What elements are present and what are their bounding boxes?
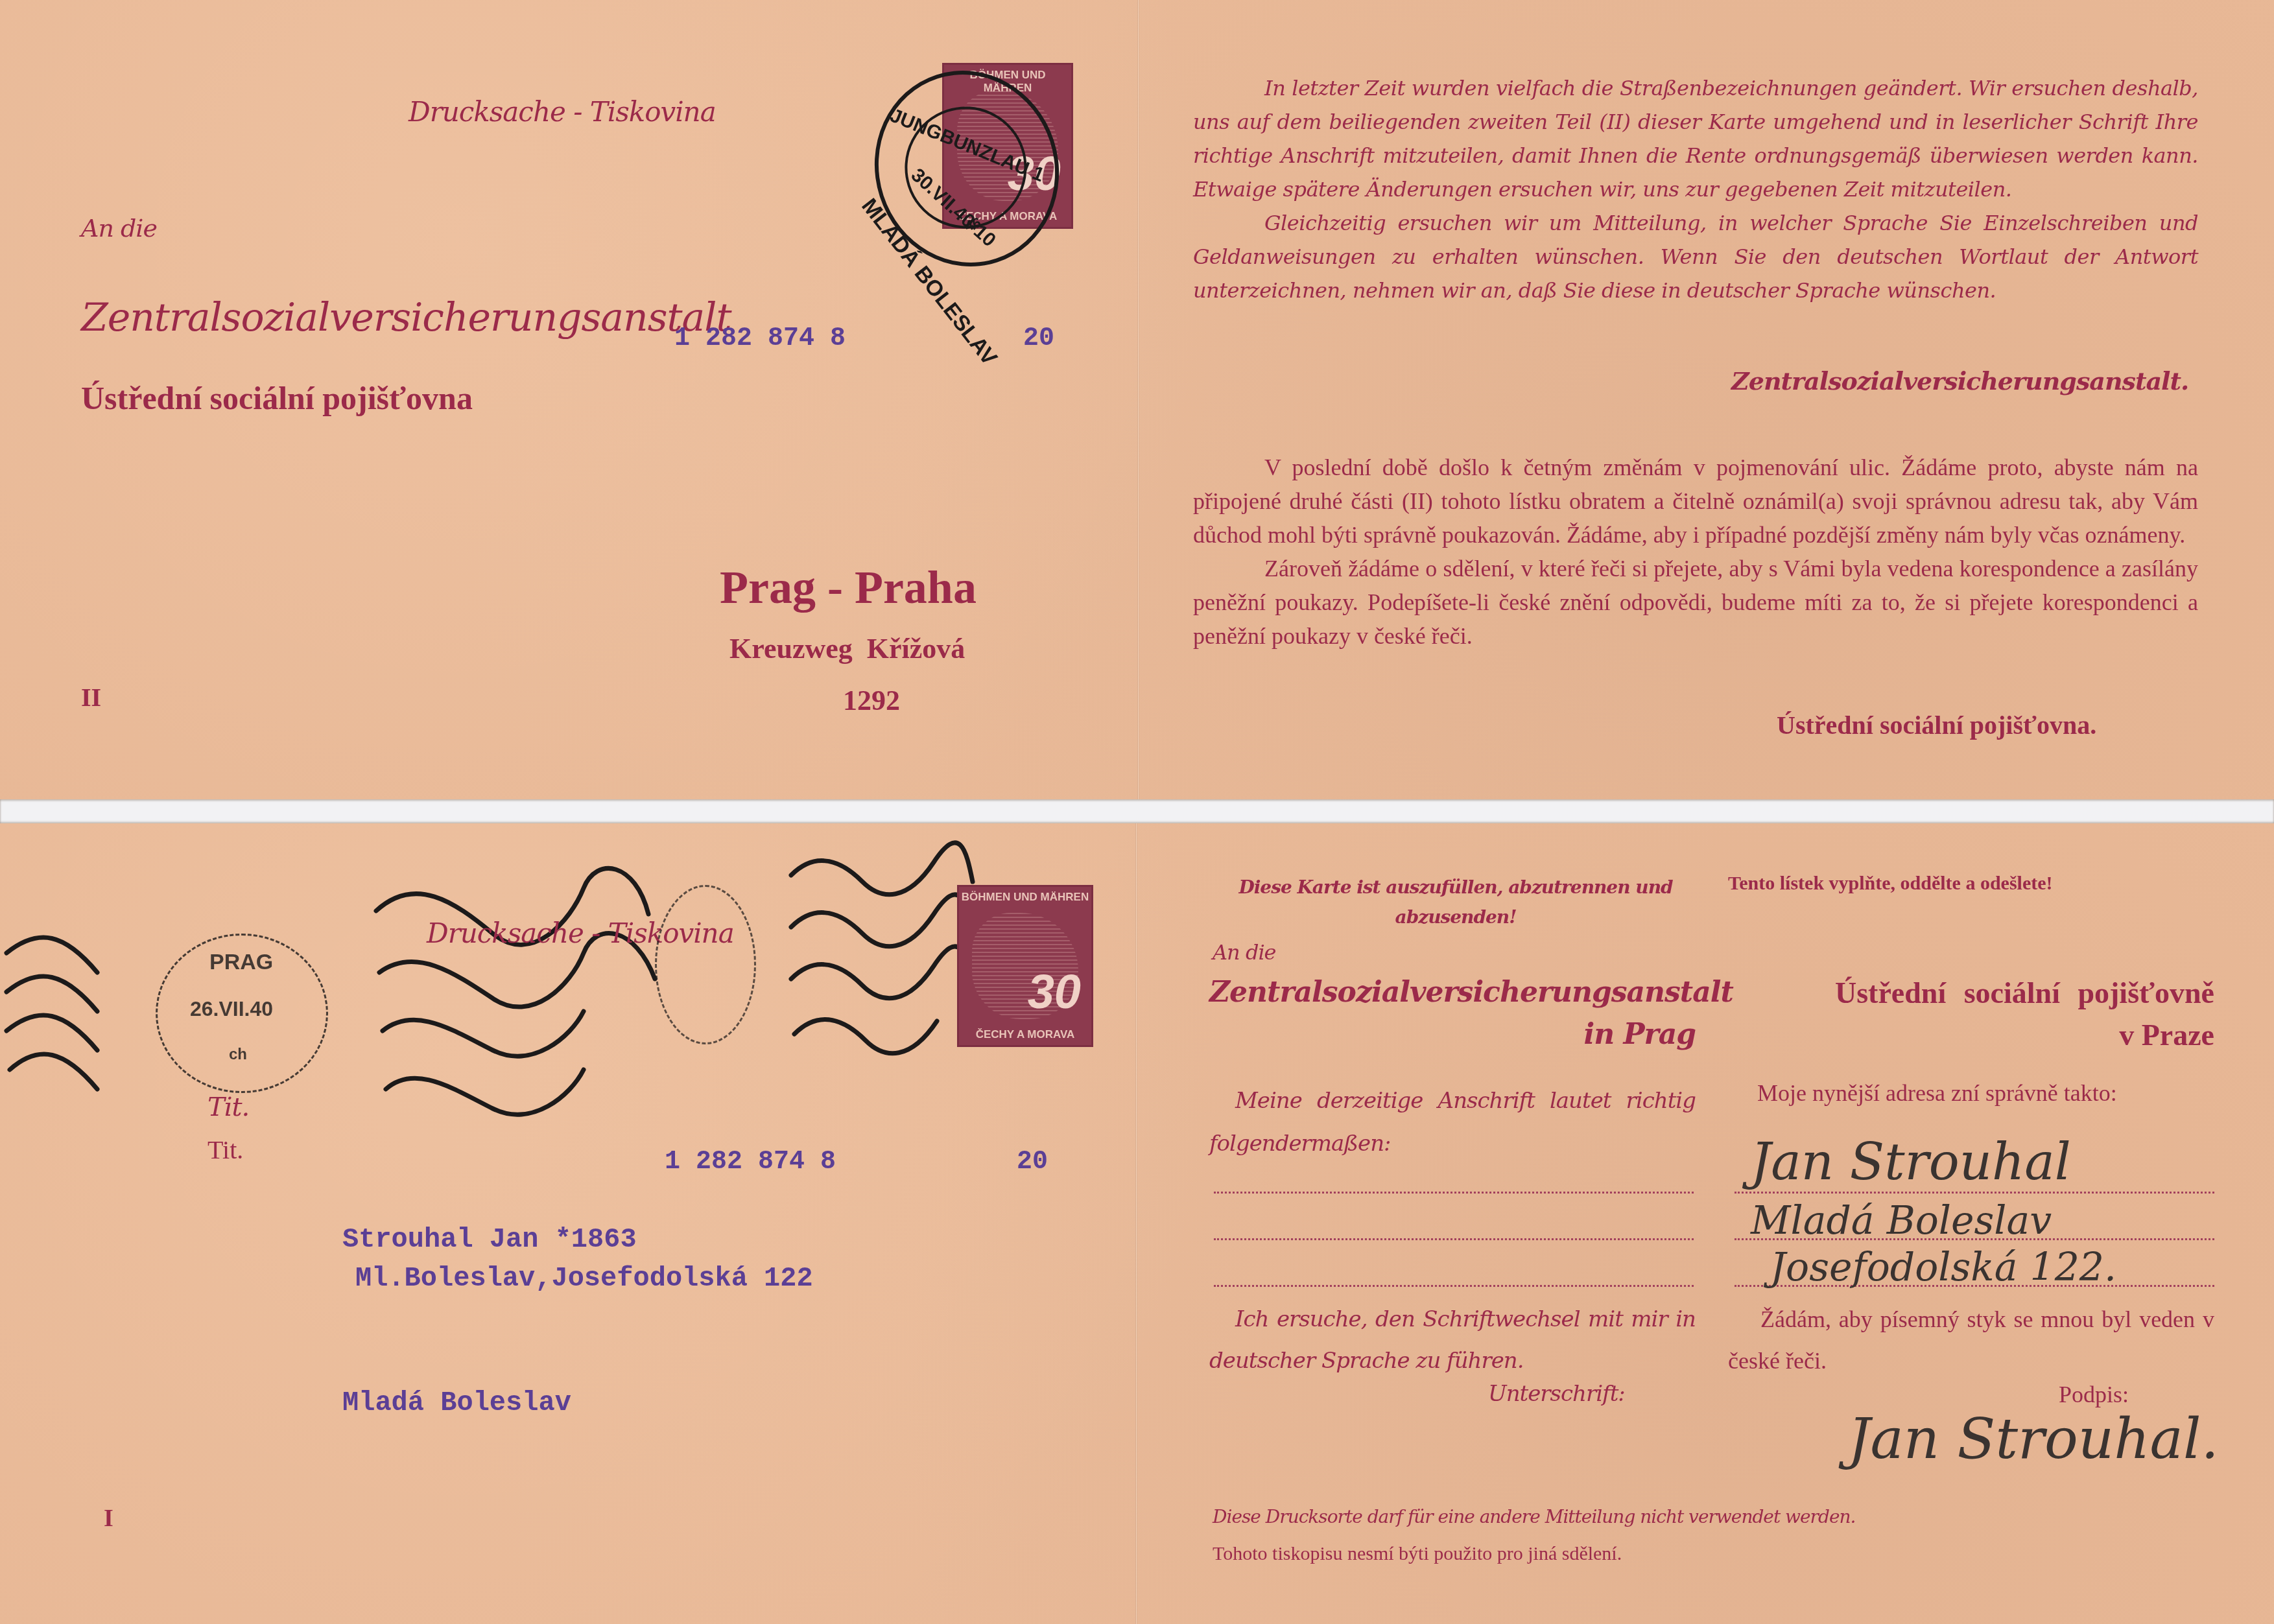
recipient-name: Strouhal Jan *1863 [342, 1224, 637, 1255]
german-paragraph-2: Gleichzeitig ersuchen wir um Mitteilung,… [1193, 206, 2198, 307]
signature-label-de: Unterschrift: [1488, 1381, 1625, 1407]
signature-label-cz: Podpis: [2059, 1381, 2129, 1408]
german-paragraph-1: In letzter Zeit wurden vielfach die Stra… [1193, 71, 2198, 206]
address-line-de-1[interactable] [1214, 1192, 1694, 1194]
handwritten-name: Jan Strouhal [1751, 1133, 2071, 1192]
language-request-de: Ich ersuche, den Schriftwechsel mit mir … [1209, 1299, 1696, 1382]
czech-signature: Ústřední sociální pojišťovna. [1777, 710, 2096, 740]
title-cz: Tit. [207, 1135, 243, 1165]
address-prompt-de: Meine derzeitige Anschrift lautet richti… [1209, 1079, 1696, 1165]
stamp-value: 30 [1028, 964, 1081, 1019]
language-request-cz: Žádám, aby písemný styk se mnou byl vede… [1728, 1299, 2214, 1382]
postmark-secondary [655, 885, 756, 1044]
reference-suffix: 20 [1017, 1147, 1048, 1177]
postage-stamp: BÖHMEN UND MÄHREN 30 ČECHY A MORAVA [957, 885, 1093, 1047]
address-line-cz-1[interactable] [1735, 1192, 2214, 1194]
reference-number: 1 282 874 8 [665, 1147, 836, 1177]
recipient-cz-line1: Ústřední sociální pojišťovně [1728, 976, 2214, 1010]
street-kreuzweg: Kreuzweg Křížová [729, 632, 965, 665]
part-label-ii: II [81, 682, 101, 712]
handwritten-street: Josefodolská 122. [1770, 1245, 2116, 1290]
top-postcard: Drucksache - Tiskovina BÖHMEN UND MÄHREN… [0, 0, 2274, 799]
handwritten-signature: Jan Strouhal. [1848, 1407, 2219, 1472]
bottom-postcard: Drucksache - Tiskovina BÖHMEN UND MÄHREN… [0, 823, 2274, 1624]
czech-paragraph-2: Zároveň žádáme o sdělení, v které řeči s… [1193, 552, 2198, 653]
instruction-de: Diese Karte ist auszufüllen, abzutrennen… [1209, 873, 1702, 932]
footer-de: Diese Drucksorte darf für eine andere Mi… [1213, 1506, 1855, 1527]
house-number: 1292 [843, 684, 900, 717]
stamp-top-label: BÖHMEN UND MÄHREN [959, 891, 1091, 904]
stamp-bottom-label: ČECHY A MORAVA [959, 1028, 1091, 1041]
reference-number: 1 282 874 8 [674, 324, 846, 353]
institution-cz: Ústřední sociální pojišťovna [81, 379, 473, 417]
czech-paragraph-1: V poslední době došlo k četným změnám v … [1193, 451, 2198, 552]
fold-line [1137, 0, 1139, 799]
address-prompt-cz: Moje nynější adresa zní správně takto: [1757, 1079, 2117, 1107]
city-prag-praha: Prag - Praha [720, 561, 977, 615]
recipient-cz-line2: v Praze [1728, 1018, 2214, 1052]
an-die-label: An die [1213, 940, 1276, 965]
german-message: In letzter Zeit wurden vielfach die Stra… [1193, 71, 2198, 307]
postmark-code: ch [229, 1046, 247, 1064]
handwritten-city: Mladá Boleslav [1751, 1198, 2052, 1243]
recipient-de-line1: Zentralsozialversicherungsanstalt [1209, 976, 1696, 1009]
german-signature: Zentralsozialversicherungsanstalt. [1731, 366, 2188, 395]
reference-suffix: 20 [1023, 324, 1054, 353]
instruction-cz: Tento lístek vyplňte, oddělte a odešlete… [1728, 873, 2053, 895]
postmark-date: 26.VII.40 [190, 997, 273, 1021]
postmark-prag: PRAG 26.VII.40 ch [156, 934, 328, 1093]
recipient-city: Mladá Boleslav [342, 1387, 571, 1418]
an-die-label: An die [81, 214, 157, 242]
institution-de: Zentralsozialversicherungsanstalt [81, 295, 731, 340]
address-line-de-2[interactable] [1214, 1238, 1694, 1240]
address-line-de-3[interactable] [1214, 1285, 1694, 1287]
footer-cz: Tohoto tiskopisu nesmí býti použito pro … [1213, 1543, 1622, 1565]
header-drucksache: Drucksache - Tiskovina [409, 96, 716, 128]
recipient-de-line2: in Prag [1209, 1018, 1696, 1051]
postmark-town: PRAG [209, 950, 273, 975]
part-label-i: I [104, 1504, 113, 1533]
recipient-address: Ml.Boleslav,Josefodolská 122 [355, 1263, 813, 1294]
czech-message: V poslední době došlo k četným změnám v … [1193, 451, 2198, 653]
separator-gap [0, 799, 2274, 823]
title-de: Tit. [207, 1092, 249, 1122]
